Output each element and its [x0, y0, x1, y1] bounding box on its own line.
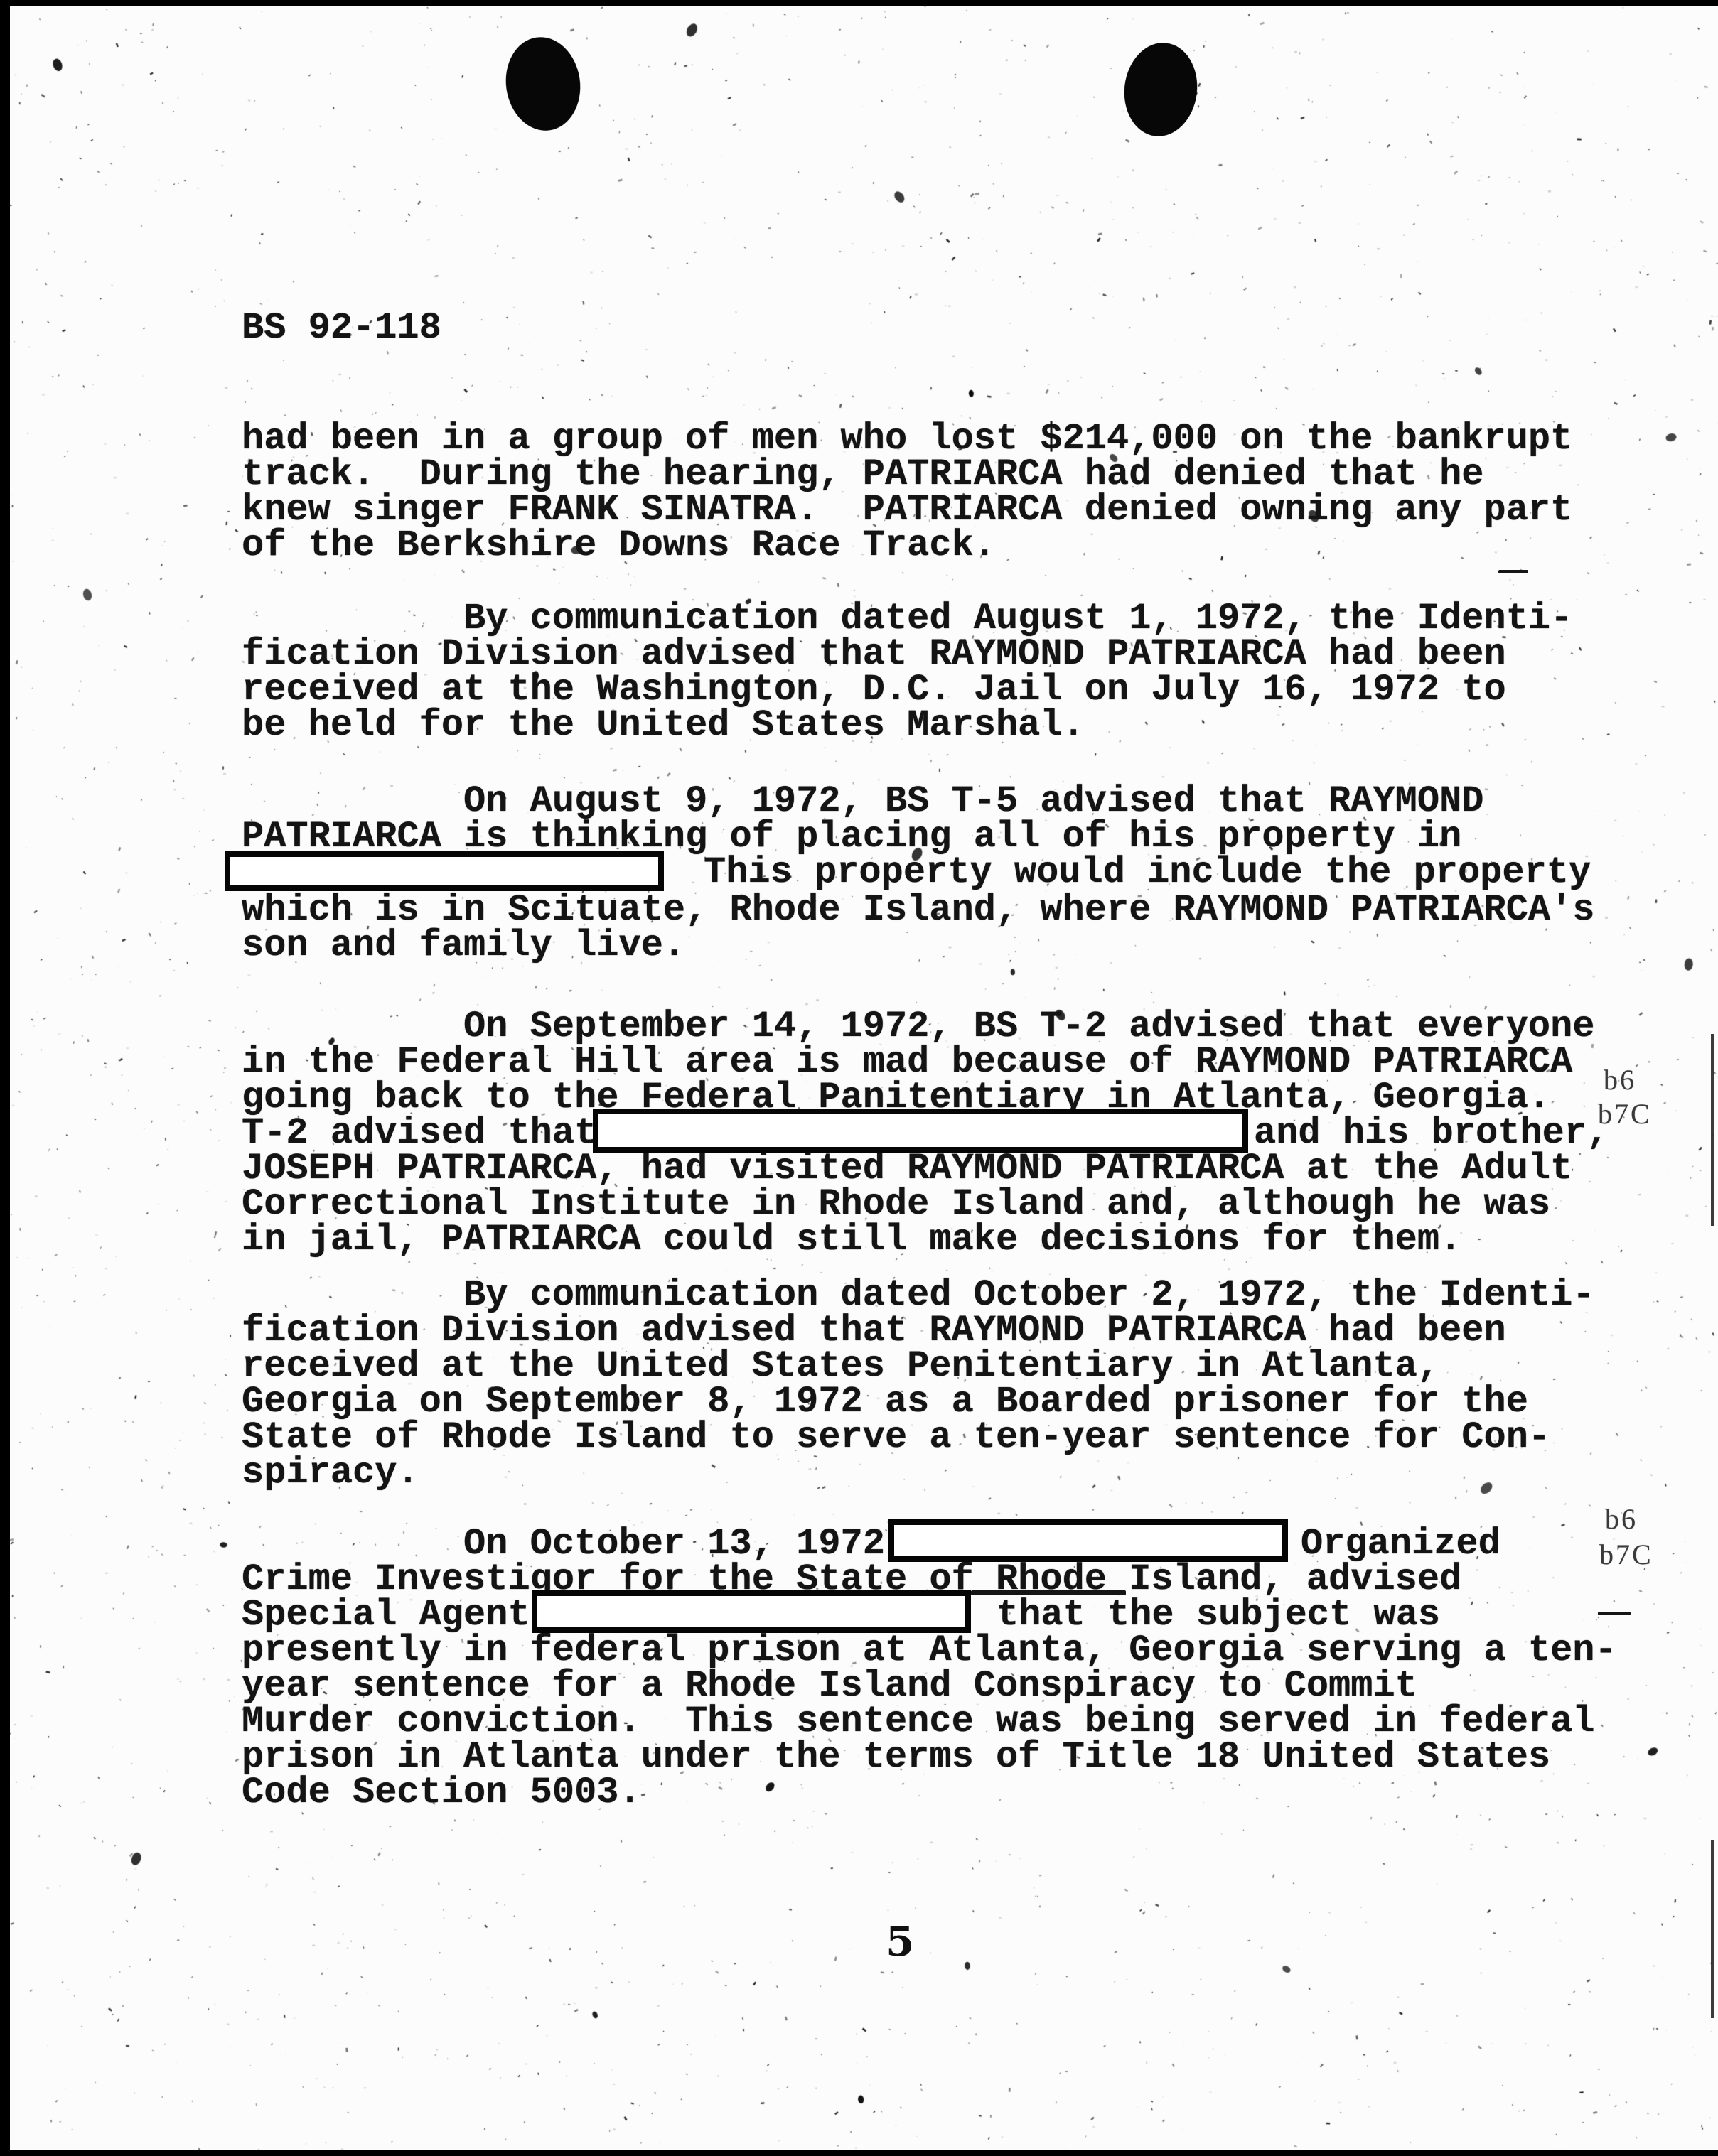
foia-exemption-note-b7c: b7C [1598, 1099, 1652, 1130]
file-number: BS 92-118 [242, 311, 441, 346]
paragraph-4-line: in the Federal Hill area is mad because … [242, 1045, 1572, 1080]
paragraph-3-line: This property would include the property [704, 855, 1591, 890]
scan-edge-top [0, 0, 1718, 6]
paragraph-5-line: By communication dated October 2, 1972, … [242, 1278, 1595, 1313]
scan-edge-right-segment [1711, 1840, 1714, 2018]
paragraph-5-line: fication Division advised that RAYMOND P… [242, 1313, 1506, 1349]
paragraph-1-line: knew singer FRANK SINATRA. PATRIARCA den… [242, 492, 1572, 528]
paragraph-3-line: PATRIARCA is thinking of placing all of … [242, 819, 1461, 855]
paragraph-5-line: received at the United States Penitentia… [242, 1349, 1439, 1384]
page-number: 5 [886, 1920, 914, 1963]
paragraph-3-line: son and family live. [242, 928, 685, 964]
paragraph-2-line: By communication dated August 1, 1972, t… [242, 601, 1572, 637]
paragraph-4-line: On September 14, 1972, BS T-2 advised th… [242, 1009, 1595, 1045]
paragraph-2-line: received at the Washington, D.C. Jail on… [242, 672, 1506, 708]
paragraph-5-line: spiracy. [242, 1455, 419, 1491]
paragraph-5-line: Georgia on September 8, 1972 as a Boarde… [242, 1384, 1528, 1420]
redaction-box [888, 1519, 1288, 1562]
paragraph-6-line: Murder conviction. This sentence was bei… [242, 1704, 1595, 1740]
paragraph-1-line: had been in a group of men who lost $214… [242, 421, 1572, 457]
document-page: BS 92-118 had been in a group of men who… [0, 0, 1718, 2156]
paragraph-6-line: Code Section 5003. [242, 1775, 641, 1811]
redaction-box [532, 1590, 971, 1633]
foia-exemption-note-b6: b6 [1605, 1504, 1638, 1535]
paragraph-6-line: On October 13, 1972, [242, 1526, 907, 1562]
paragraph-2-line: fication Division advised that RAYMOND P… [242, 637, 1506, 672]
paragraph-3-line: On August 9, 1972, BS T-5 advised that R… [242, 784, 1483, 819]
paragraph-6-line: Organized [1301, 1526, 1500, 1562]
redaction-box [225, 851, 664, 891]
paragraph-6-line: prison in Atlanta under the terms of Tit… [242, 1740, 1550, 1775]
paragraph-1-line: of the Berkshire Downs Race Track. [242, 528, 996, 564]
paragraph-2-line: be held for the United States Marshal. [242, 708, 1085, 743]
paragraph-4-line: JOSEPH PATRIARCA, had visited RAYMOND PA… [242, 1151, 1572, 1187]
paragraph-6-line: that the subject was [997, 1597, 1440, 1633]
paragraph-4-line: and his brother, [1254, 1116, 1609, 1151]
punch-hole [500, 32, 586, 135]
scan-edge-bottom [0, 2150, 1718, 2156]
stray-mark [1598, 1612, 1631, 1615]
paragraph-6-line: presently in federal prison at Atlanta, … [242, 1633, 1617, 1669]
foia-exemption-note-b7c: b7C [1599, 1539, 1653, 1570]
paragraph-3-line: which is in Scituate, Rhode Island, wher… [242, 893, 1595, 928]
paragraph-4-line: Correctional Institute in Rhode Island a… [242, 1187, 1550, 1222]
foia-exemption-note-b6: b6 [1604, 1064, 1636, 1096]
punch-hole [1119, 38, 1202, 140]
paragraph-6-line: Special Agent [242, 1597, 530, 1633]
paragraph-5-line: State of Rhode Island to serve a ten-yea… [242, 1420, 1550, 1455]
paragraph-6-line: year sentence for a Rhode Island Conspir… [242, 1669, 1417, 1704]
paragraph-4-line: in jail, PATRIARCA could still make deci… [242, 1222, 1461, 1258]
paragraph-1-line: track. During the hearing, PATRIARCA had… [242, 457, 1483, 492]
redaction-box [593, 1109, 1248, 1153]
paragraph-4-line: T-2 advised that [242, 1116, 596, 1151]
scan-edge-left [0, 0, 10, 2156]
scan-edge-right-segment [1711, 1034, 1714, 1226]
stray-mark [1498, 570, 1528, 573]
